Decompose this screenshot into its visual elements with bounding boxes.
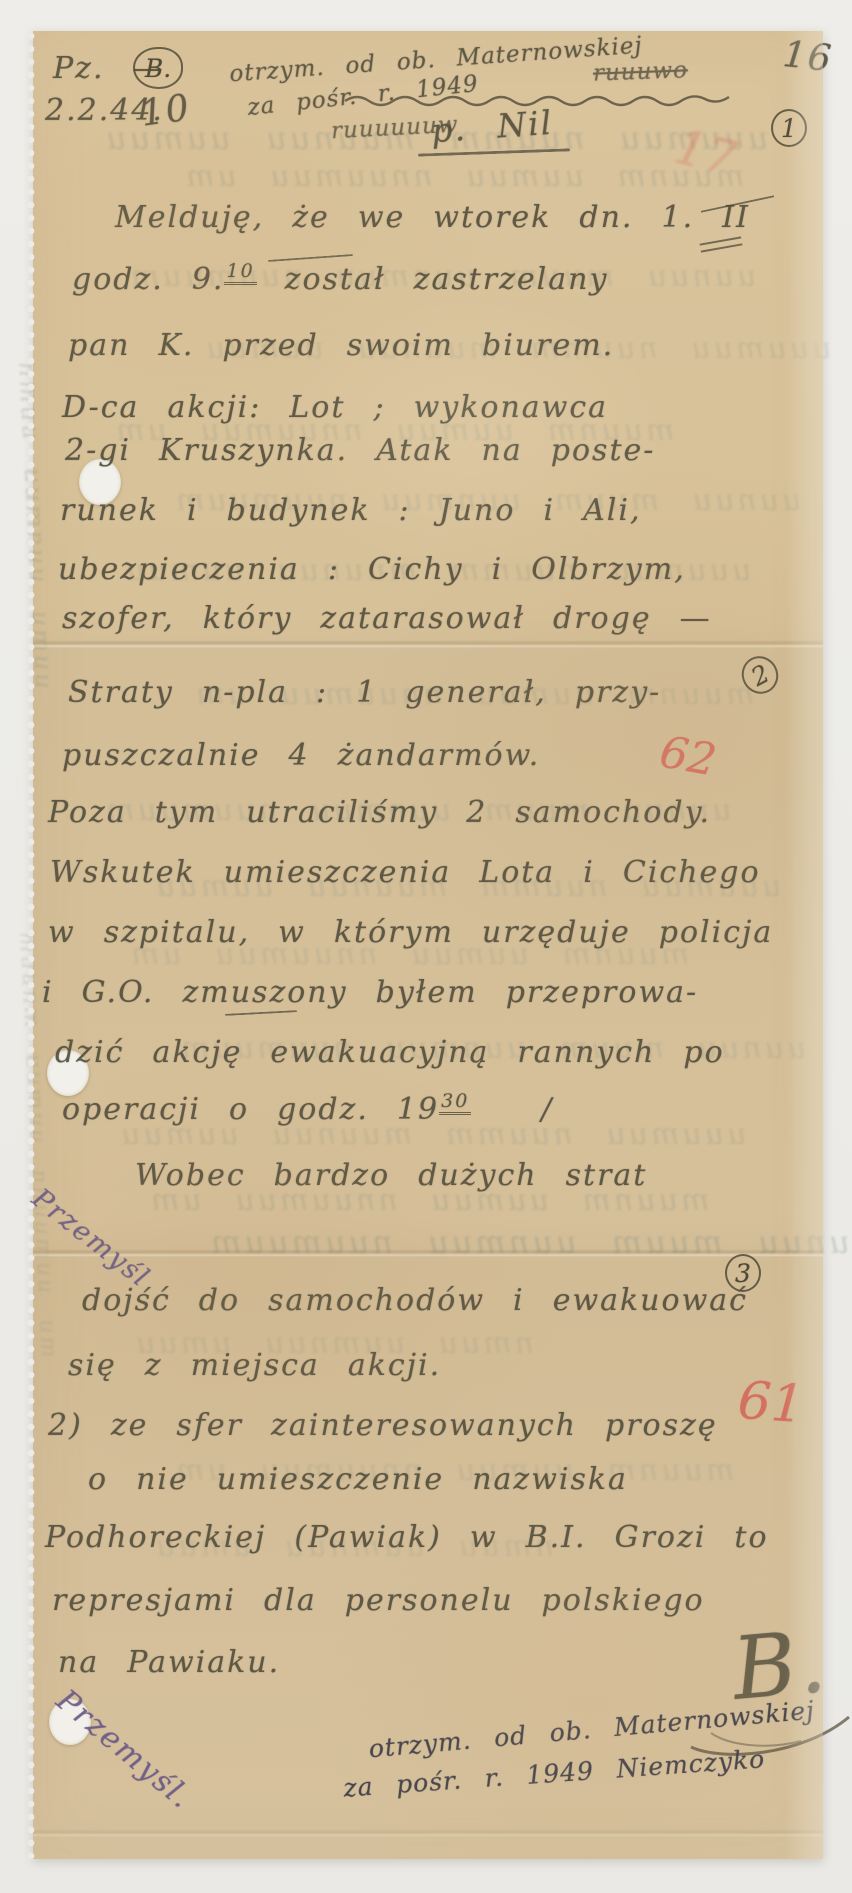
report-line-7: ubezpieczenia : Cichy i Olbrzym, [58,552,686,587]
report-line-2-post: został zastrzelany [285,262,609,297]
report-line-8: szofer, który zatarasował drogę — [62,601,712,636]
report-line-16: operacji o godz. 1930/ [62,1092,553,1127]
fold-line-2 [33,1249,823,1257]
fold-line-1 [33,640,823,648]
report-line-15: dzić akcję ewakuacyjną rannych po [55,1035,725,1070]
superscript-30: 30 [439,1090,471,1115]
report-line-17: Wobec bardzo dużych strat [135,1158,647,1193]
report-line-2-pre: godz. 9. [72,262,224,297]
header-ref-circled-b: B. [133,47,183,89]
scan-background: uuumuu nuumm muunuu uumuu muunm uumuu nn… [0,0,852,1893]
report-line-16-pre: operacji o godz. 19 [62,1092,439,1127]
fold-line-3 [33,1829,823,1837]
report-line-22: Podhoreckiej (Pawiak) w B.I. Grozi to [45,1520,769,1555]
document-paper: uuumuu nuumm muunuu uumuu muunm uumuu nn… [33,31,823,1859]
pencil-double-underline [700,236,743,252]
report-line-12: Wskutek umieszczenia Lota i Cichego [50,855,761,890]
report-line-6: runek i budynek : Juno i Ali, [60,493,641,528]
report-line-19: się z miejsca akcji. [68,1348,441,1383]
report-line-10: puszczalnie 4 żandarmów. [62,738,540,773]
header-number: 10 [138,88,193,136]
report-line-2: godz. 9.10został zastrzelany [72,262,608,297]
report-line-23: represjami dla personelu polskiego [52,1583,705,1618]
superscript-10: 10 [224,260,256,285]
report-line-18: dojść do samochodów i ewakuować [82,1283,748,1318]
pencil-dash [225,1010,297,1016]
perforated-edge [28,31,39,1859]
report-line-16-post: / [541,1092,553,1127]
report-line-1: Melduję, że we wtorek dn. 1. II [115,200,750,235]
report-line-14: i G.O. zmuszony byłem przeprowa- [42,975,698,1010]
report-line-5: 2-gi Kruszynka. Atak na poste- [65,433,655,468]
report-line-9: Straty n-pla : 1 generał, przy- [68,675,661,710]
report-line-21: o nie umieszczenie nazwiska [88,1462,628,1497]
margin-note-przemysl-2: Przemyśl. [50,1683,200,1817]
crossed-out-scrawl: ruuuwo [593,57,689,86]
bleedthrough-line: muunm uumuu nnuumuu um [183,159,744,194]
red-mark-62: 62 [656,727,720,787]
report-line-13: w szpitalu, w którym urzęduje policja [48,915,773,950]
report-line-3: pan K. przed swoim biurem. [68,328,614,363]
report-line-11: Poza tym utraciliśmy 2 samochody. [48,795,711,830]
report-line-24: na Pawiaku. [58,1645,280,1680]
underlying-sheet-edge [785,31,823,1859]
report-line-20: 2) ze sfer zainteresowanych proszę [48,1408,718,1443]
report-line-4: D-ca akcji: Lot ; wykonawca [62,390,608,425]
